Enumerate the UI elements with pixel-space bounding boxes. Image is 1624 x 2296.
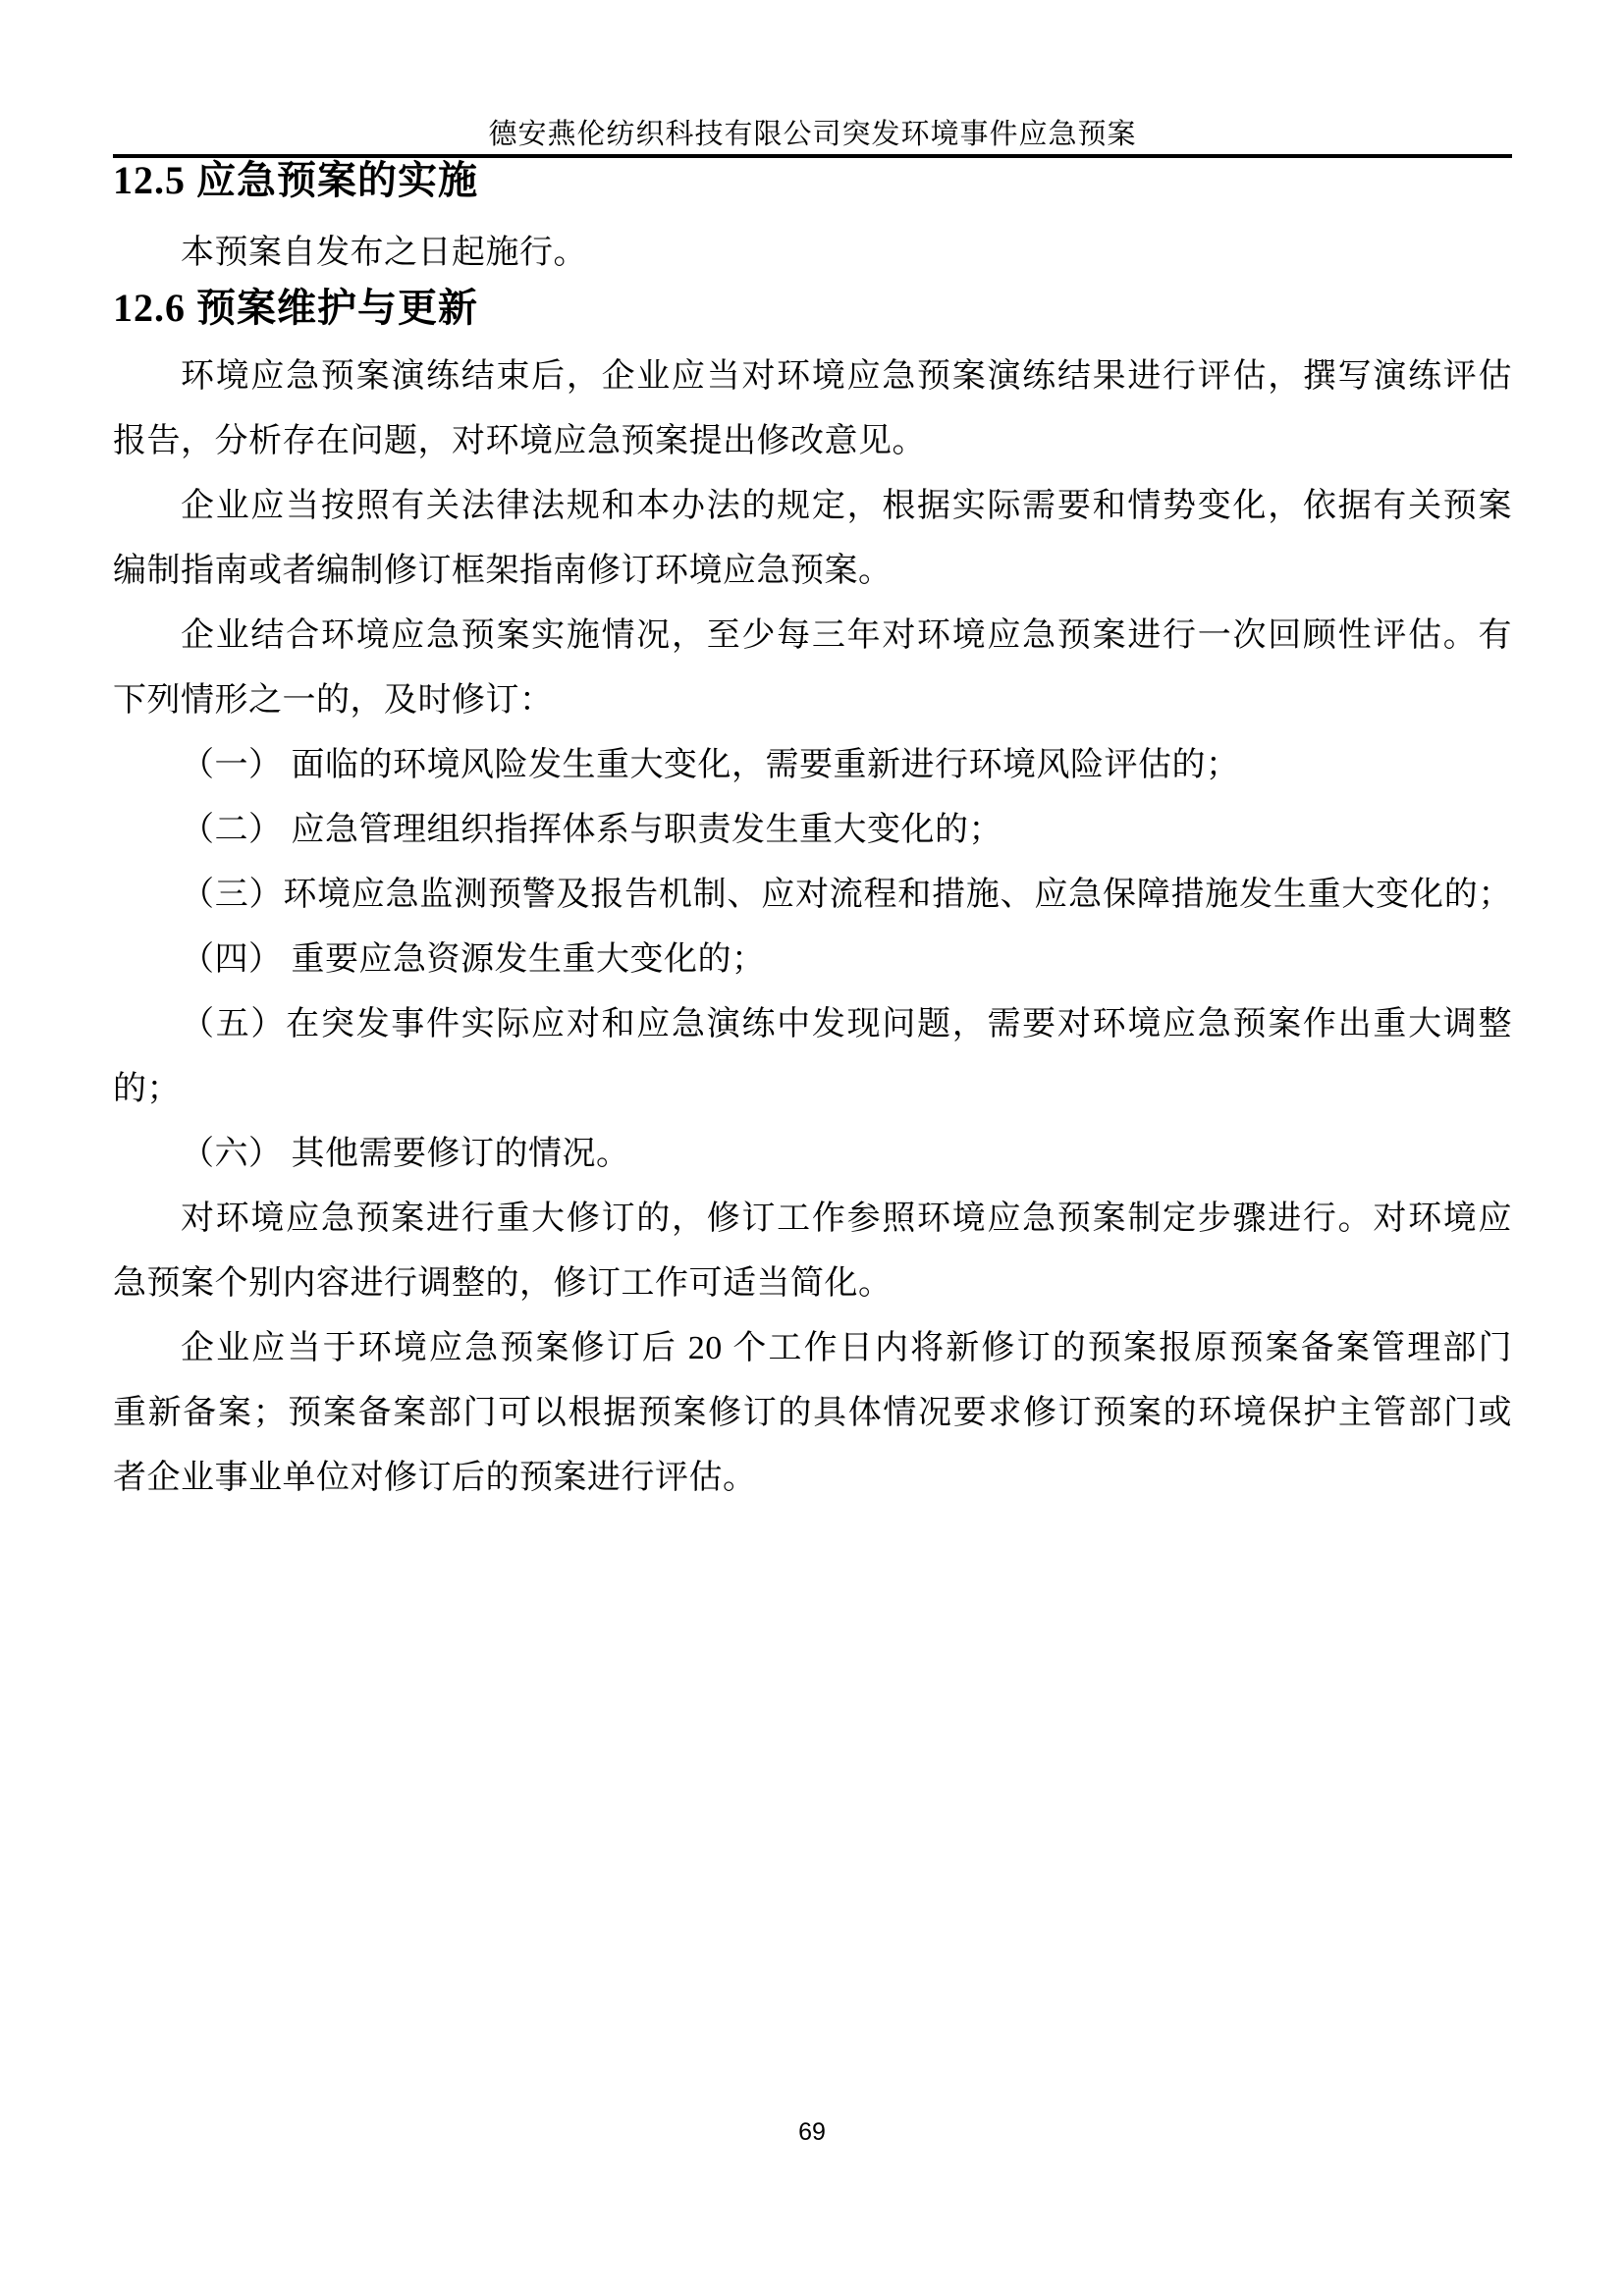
body-line: 者企业事业单位对修订后的预案进行评估。 <box>113 1446 1512 1511</box>
list-item-1: （一） 面临的环境风险发生重大变化，需要重新进行环境风险评估的； <box>113 733 1512 798</box>
list-item-5: （五）在突发事件实际应对和应急演练中发现问题，需要对环境应急预案作出重大调整 <box>113 992 1512 1057</box>
list-item-3: （三）环境应急监测预警及报告机制、应对流程和措施、应急保障措施发生重大变化的； <box>113 863 1512 928</box>
body-line: 下列情形之一的，及时修订： <box>113 668 1512 733</box>
list-item-2: （二） 应急管理组织指挥体系与职责发生重大变化的； <box>113 798 1512 863</box>
page-header-title: 德安燕伦纺织科技有限公司突发环境事件应急预案 <box>113 118 1512 158</box>
body-line: 企业结合环境应急预案实施情况，至少每三年对环境应急预案进行一次回顾性评估。有 <box>113 604 1512 668</box>
list-item-4: （四） 重要应急资源发生重大变化的； <box>113 928 1512 992</box>
body-line: 编制指南或者编制修订框架指南修订环境应急预案。 <box>113 539 1512 604</box>
section-12-5-body-line: 本预案自发布之日起施行。 <box>113 221 1512 286</box>
list-item-6: （六） 其他需要修订的情况。 <box>113 1122 1512 1187</box>
body-line: 企业应当按照有关法律法规和本办法的规定，根据实际需要和情势变化，依据有关预案 <box>113 474 1512 539</box>
body-line: 对环境应急预案进行重大修订的，修订工作参照环境应急预案制定步骤进行。对环境应 <box>113 1187 1512 1252</box>
section-heading-12-5: 12.5 应急预案的实施 <box>113 158 1512 203</box>
body-line: 急预案个别内容进行调整的，修订工作可适当简化。 <box>113 1252 1512 1316</box>
body-line: 企业应当于环境应急预案修订后 20 个工作日内将新修订的预案报原预案备案管理部门 <box>113 1316 1512 1381</box>
document-page: 德安燕伦纺织科技有限公司突发环境事件应急预案 12.5 应急预案的实施 本预案自… <box>0 0 1624 2296</box>
body-line: 重新备案；预案备案部门可以根据预案修订的具体情况要求修订预案的环境保护主管部门或 <box>113 1381 1512 1446</box>
page-number: 69 <box>0 2118 1624 2147</box>
section-12-6-body: 环境应急预案演练结束后，企业应当对环境应急预案演练结果进行评估，撰写演练评估 报… <box>113 345 1512 1511</box>
section-heading-12-6: 12.6 预案维护与更新 <box>113 286 1512 331</box>
body-line: 环境应急预案演练结束后，企业应当对环境应急预案演练结果进行评估，撰写演练评估 <box>113 345 1512 409</box>
list-item-5-continuation: 的； <box>113 1057 1512 1122</box>
body-line: 报告，分析存在问题，对环境应急预案提出修改意见。 <box>113 409 1512 474</box>
